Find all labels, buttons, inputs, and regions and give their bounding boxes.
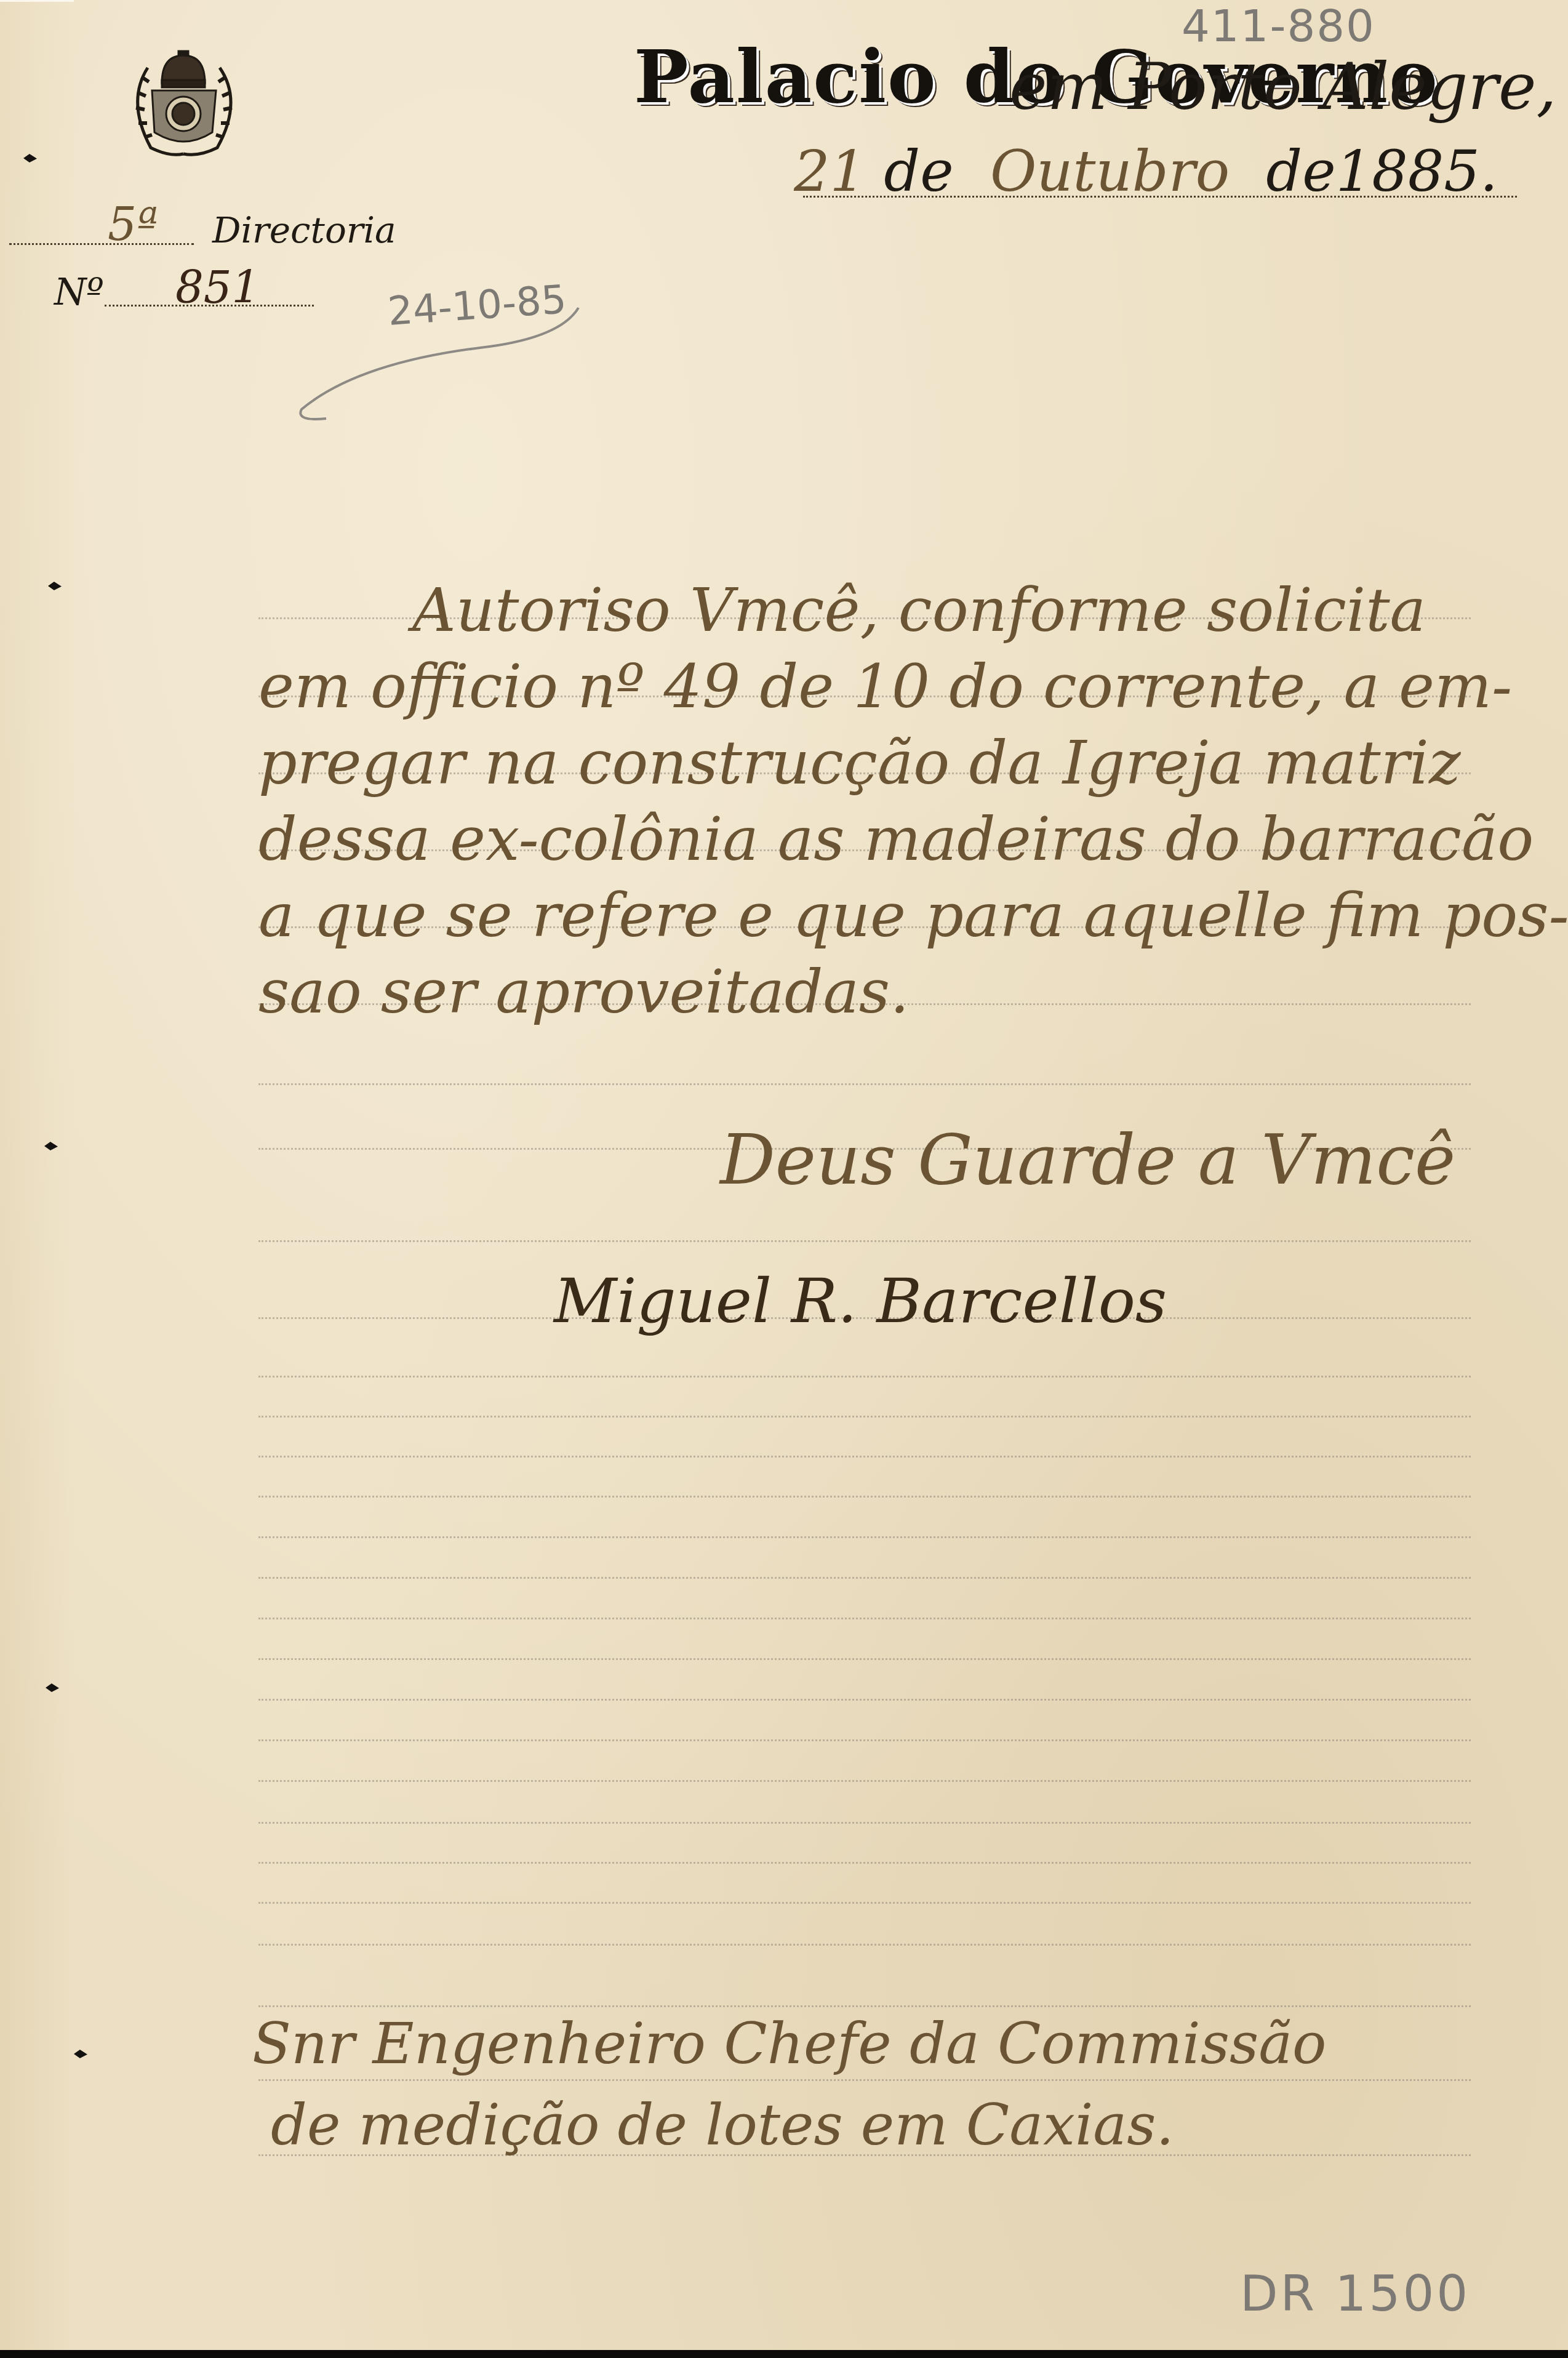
ruled-line: [258, 1240, 1471, 1242]
signature: Miguel R. Barcellos: [554, 1265, 1167, 1337]
date-dotted-line: [803, 196, 1517, 198]
addressee-line: Snr Engenheiro Chefe da Commissão: [252, 2003, 1326, 2085]
date-month: Outubro: [972, 138, 1248, 204]
body-line: sao ser aproveitadas.: [258, 954, 1489, 1030]
ruled-line: [258, 1496, 1471, 1498]
pin-hole: [48, 582, 62, 590]
ruled-line: [258, 1083, 1471, 1085]
ruled-line: [258, 1944, 1471, 1946]
pencil-flourish: [283, 295, 603, 431]
date-de: de: [884, 138, 953, 204]
document-number-label: Nº: [54, 271, 104, 314]
ruled-line: [258, 1739, 1471, 1741]
date-line: 21 de Outubro de1885.: [794, 138, 1498, 204]
ruled-line: [258, 1536, 1471, 1538]
body-line: Autoriso Vmcê, conforme solicita: [258, 572, 1489, 649]
directoria-dotted-line: [9, 243, 194, 245]
ruled-line: [258, 1699, 1471, 1701]
scan-bottom-edge: [0, 2350, 1568, 2358]
body-line: pregar na construcção da Igreja matriz: [258, 725, 1489, 801]
addressee: Snr Engenheiro Chefe da Commissão de med…: [252, 2003, 1326, 2166]
ruled-line: [258, 1376, 1471, 1378]
date-de-year: de: [1266, 138, 1335, 204]
directoria-label: Directoria: [212, 209, 396, 251]
pin-hole: [74, 2050, 87, 2058]
letterhead-city: em Porto Alegre,: [1009, 49, 1557, 124]
pin-hole: [44, 1142, 58, 1150]
ruled-line: [258, 1416, 1471, 1418]
date-day: 21: [794, 138, 866, 204]
date-year: 1885.: [1336, 138, 1498, 204]
pin-hole: [46, 1683, 59, 1692]
body-line: em officio nº 49 de 10 do corrente, a em…: [258, 649, 1489, 725]
archive-code: DR 1500: [1240, 2265, 1470, 2322]
letter-body: Autoriso Vmcê, conforme solicita em offi…: [258, 572, 1489, 1030]
ruled-line: [258, 1658, 1471, 1660]
ruled-line: [258, 1862, 1471, 1864]
ruled-line: [258, 1577, 1471, 1579]
body-line: dessa ex-colônia as madeiras do barracão: [258, 801, 1489, 878]
imperial-coat-of-arms-icon: [114, 34, 255, 163]
number-dotted-line: [105, 305, 314, 307]
paper-top-edge: [0, 0, 74, 2]
ruled-line: [258, 1618, 1471, 1619]
ruled-line: [258, 1902, 1471, 1904]
ruled-line: [258, 1456, 1471, 1458]
closing-salutation: Deus Guarde a Vmcê: [720, 1120, 1455, 1200]
pin-hole: [23, 154, 37, 162]
addressee-line: de medição de lotes em Caxias.: [252, 2085, 1326, 2166]
body-line: a que se refere e que para aquelle fim p…: [258, 878, 1489, 954]
ruled-line: [258, 1780, 1471, 1782]
ruled-line: [258, 1822, 1471, 1824]
